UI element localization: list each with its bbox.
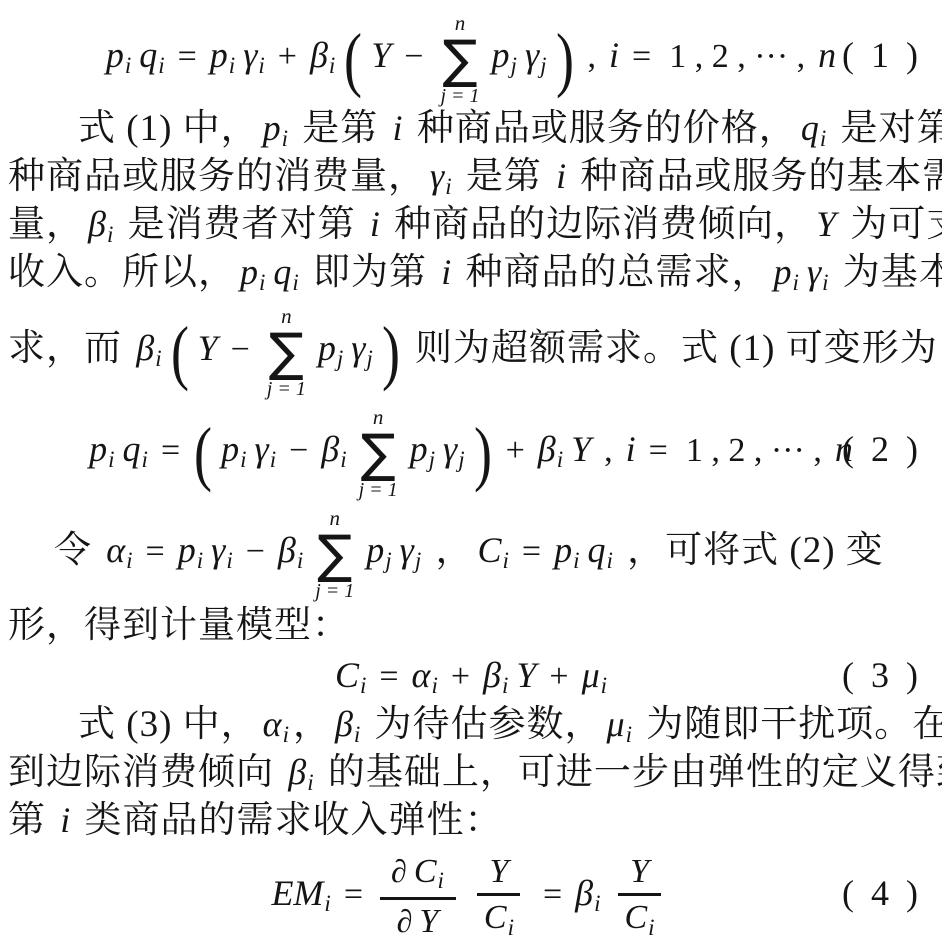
math-variable: Y (516, 655, 536, 695)
text-run: 是第 (292, 108, 389, 149)
math-subscript: i (108, 447, 114, 472)
math-variable-base: γ (255, 429, 269, 469)
math-operator: , (588, 38, 597, 75)
summation-symbol: n∑j = 1 (267, 306, 306, 399)
text-line-6-with-sum: 令 αi=piγi−βin∑j = 1pjγj ，Ci=piqi ，可将式 (2… (8, 498, 934, 602)
math-variable-base: p (492, 35, 510, 75)
math-operator: = (632, 38, 651, 75)
math-variable-base: q (123, 429, 141, 469)
math-variable-base: q (273, 252, 291, 292)
equation-2: piqi=(piγi−βin∑j = 1pjγj)+βiY,i=1 , 2 , … (8, 400, 934, 498)
math-variable-base: α (412, 655, 431, 695)
math-variable-base: γ (430, 156, 444, 196)
math-variable-base: i (556, 156, 566, 196)
math-variable: βi (288, 752, 313, 792)
math-variable-base: μ (582, 655, 600, 695)
text-run: ， (425, 530, 473, 571)
math-operator: , (604, 432, 613, 469)
fraction-denominator: Ci (472, 896, 526, 940)
text-run: 令 (54, 530, 102, 571)
math-variable: i (556, 156, 566, 196)
text-line-3: 量，βi 是消费者对第 i 种商品的边际消费倾向，Y 为可支配 (8, 200, 934, 248)
text-run: 的基础上，可进一步由弹性的定义得到 (318, 752, 942, 793)
math-operator: + (451, 658, 470, 695)
math-variable: γj (351, 328, 373, 368)
math-variable-base: C (414, 853, 437, 890)
fraction: YCi (612, 853, 666, 940)
math-variable: qi (139, 35, 164, 75)
summation-lower-limit: j = 1 (440, 86, 479, 106)
sigma-glyph: ∑ (442, 34, 477, 86)
text-run: 收入。所以， (8, 252, 236, 293)
math-variable-base: β (288, 752, 306, 792)
math-variable: βi (278, 530, 303, 570)
math-variable: βi (321, 429, 346, 469)
math-variable: pi (221, 429, 246, 469)
math-variable-base: β (538, 429, 556, 469)
math-variable: βi (88, 204, 113, 244)
math-variable-base: p (774, 252, 792, 292)
math-operator: = (543, 876, 562, 913)
math-subscript: j (385, 548, 391, 573)
math-subscript: i (282, 126, 288, 151)
math-variable-base: μ (607, 704, 625, 744)
text-line-7: 形，得到计量模型： (8, 602, 934, 650)
text-run: 种商品的总需求， (455, 252, 769, 293)
math-variable-base: i (393, 108, 403, 148)
math-variable: γi (255, 429, 277, 469)
text-line-8: 式 (3) 中，αi，βi 为待估参数，μi 为随即干扰项。在得 (8, 700, 934, 748)
summation-symbol: n∑j = 1 (315, 508, 354, 601)
math-subscript: i (502, 673, 508, 698)
equation-1: piqi=piγi+βi(Y−n∑j = 1pjγj),i=1 , 2 , ··… (8, 6, 934, 104)
math-variable: i (60, 800, 70, 840)
math-variable: μi (582, 655, 607, 695)
math-subscript: i (573, 548, 579, 573)
math-variable-base: Y (198, 328, 218, 368)
math-operator: + (278, 38, 297, 75)
math-subscript: i (226, 548, 232, 573)
math-variable-base: β (483, 655, 501, 695)
math-variable: Y (489, 853, 508, 890)
equation-number: ( 3 ) (842, 657, 922, 693)
math-subscript: i (329, 53, 335, 78)
text-line-5-with-sum: 求，而 βi(Y−n∑j = 1pjγj) 则为超额需求。式 (1) 可变形为： (8, 296, 934, 400)
text-run: 为可支配 (840, 204, 942, 245)
text-run: 为待估参数， (364, 704, 602, 745)
equation-number: ( 2 ) (842, 431, 922, 467)
math-variable-base: Y (571, 429, 591, 469)
big-parenthesis: ( (194, 417, 212, 489)
math-variable: Y (419, 903, 438, 940)
math-variable: qi (801, 108, 826, 148)
equation-number: ( 4 ) (842, 875, 922, 911)
math-operator: = (649, 432, 668, 469)
math-variable-base: α (106, 530, 125, 570)
math-operator: − (231, 331, 250, 368)
summation-lower-limit: j = 1 (315, 581, 354, 601)
math-variable-base: γ (351, 328, 365, 368)
math-variable: n (818, 35, 836, 75)
text-line-10: 第 i 类商品的需求收入弹性： (8, 796, 934, 844)
math-subscript: j (458, 447, 464, 472)
math-subscript: i (793, 270, 799, 295)
math-operator: 1 , 2 , ··· , (669, 38, 805, 75)
math-variable: βi (538, 429, 563, 469)
math-subscript: i (283, 722, 289, 747)
math-operator: = (344, 876, 363, 913)
text-run: 为基本需 (833, 252, 942, 293)
math-variable-base: γ (807, 252, 821, 292)
math-variable-base: p (210, 35, 228, 75)
math-subscript: i (229, 53, 235, 78)
sigma-glyph: ∑ (317, 529, 352, 581)
text-run: 是消费者对第 (117, 204, 366, 245)
equation-number: ( 1 ) (842, 37, 922, 73)
fraction-denominator: Ci (612, 896, 666, 940)
math-subscript: j (366, 346, 372, 371)
math-variable-base: i (60, 800, 70, 840)
math-variable-base: q (139, 35, 157, 75)
math-variable: γi (243, 35, 265, 75)
math-variable-base: γ (243, 35, 257, 75)
math-variable-base: p (221, 429, 239, 469)
fraction-numerator: ∂Ci (380, 853, 456, 900)
text-run: 种商品或服务的价格， (407, 108, 797, 149)
math-variable: Ci (624, 899, 654, 936)
math-variable: αi (263, 704, 289, 744)
math-subscript: j (429, 447, 435, 472)
math-variable-base: γ (400, 530, 414, 570)
math-variable-base: β (88, 204, 106, 244)
math-variable-base: p (178, 530, 196, 570)
math-variable-base: Y (816, 204, 836, 244)
text-run: 形，得到计量模型： (8, 605, 350, 646)
math-subscript: i (438, 868, 444, 893)
summation-lower-limit: j = 1 (359, 480, 398, 500)
math-subscript: i (648, 915, 654, 940)
math-operator: = (146, 533, 165, 570)
math-variable: pj (318, 328, 343, 368)
math-variable: qi (273, 252, 298, 292)
math-variable: Y (571, 429, 591, 469)
math-variable-base: β (310, 35, 328, 75)
math-variable: Ci (484, 899, 514, 936)
math-variable: pi (210, 35, 235, 75)
math-variable: pi (178, 530, 203, 570)
math-variable: pi (106, 35, 131, 75)
text-run: 种商品或服务的消费量， (8, 156, 426, 197)
math-subscript: i (270, 447, 276, 472)
math-subscript: i (626, 722, 632, 747)
math-variable: γi (807, 252, 829, 292)
math-subscript: i (340, 447, 346, 472)
math-variable: i (626, 429, 636, 469)
fraction-denominator: ∂Y (386, 900, 451, 940)
text-run: 第 (8, 800, 56, 841)
math-variable: βi (483, 655, 508, 695)
math-subscript: i (445, 174, 451, 199)
math-subscript: i (431, 673, 437, 698)
summation-symbol: n∑j = 1 (359, 407, 398, 500)
math-subscript: i (324, 891, 330, 916)
math-subscript: i (107, 222, 113, 247)
math-subscript: i (292, 270, 298, 295)
math-subscript: i (354, 722, 360, 747)
math-variable: Y (198, 328, 218, 368)
math-variable-base: β (136, 328, 154, 368)
math-subscript: i (125, 53, 131, 78)
math-subscript: i (259, 270, 265, 295)
math-variable: αi (412, 655, 438, 695)
math-variable-base: β (278, 530, 296, 570)
math-variable-base: Y (630, 853, 649, 890)
math-variable: pj (410, 429, 435, 469)
math-subscript: i (258, 53, 264, 78)
math-subscript: i (297, 548, 303, 573)
math-variable-base: β (575, 873, 593, 913)
text-line-2: 种商品或服务的消费量，γi 是第 i 种商品或服务的基本需求 (8, 152, 934, 200)
math-subscript: i (307, 770, 313, 795)
math-variable: Ci (414, 853, 444, 890)
math-variable-base: i (370, 204, 380, 244)
math-variable-base: n (818, 35, 836, 75)
math-subscript: i (158, 53, 164, 78)
big-parenthesis: ( (171, 316, 189, 388)
math-variable-base: p (410, 429, 428, 469)
math-variable: Ci (335, 655, 366, 695)
big-parenthesis: ( (344, 23, 362, 95)
math-variable-base: i (626, 429, 636, 469)
math-variable: pj (366, 530, 391, 570)
math-variable-base: β (335, 704, 353, 744)
text-run: 是对第二 (830, 108, 942, 149)
math-variable-base: β (321, 429, 339, 469)
math-subscript: i (126, 548, 132, 573)
math-variable-base: C (624, 899, 647, 936)
math-variable-base: i (441, 252, 451, 292)
math-variable: i (393, 108, 403, 148)
math-operator: = (161, 432, 180, 469)
math-variable: γj (525, 35, 547, 75)
math-subscript: i (142, 447, 148, 472)
math-variable: βi (575, 873, 600, 913)
math-variable-base: γ (443, 429, 457, 469)
equation-3: Ci=αi+βiY+μi( 3 ) (8, 650, 934, 700)
math-operator: 1 , 2 , ··· , (686, 432, 822, 469)
math-operator: − (246, 533, 265, 570)
text-run: 到边际消费倾向 (8, 752, 284, 793)
math-variable-base: C (484, 899, 507, 936)
math-subscript: i (822, 270, 828, 295)
math-variable-base: q (587, 530, 605, 570)
math-subscript: i (197, 548, 203, 573)
math-variable-base: α (263, 704, 282, 744)
math-variable-base: γ (211, 530, 225, 570)
text-line-1: 式 (1) 中，pi 是第 i 种商品或服务的价格，qi 是对第二 (8, 104, 934, 152)
math-variable: βi (136, 328, 161, 368)
text-run: 是第 (456, 156, 553, 197)
math-operator: − (289, 432, 308, 469)
math-variable: γi (211, 530, 233, 570)
math-subscript: i (360, 673, 366, 698)
scanned-paper-page: piqi=piγi+βi(Y−n∑j = 1pjγj),i=1 , 2 , ··… (0, 0, 942, 949)
math-variable: i (609, 35, 619, 75)
math-variable: i (441, 252, 451, 292)
math-variable: βi (335, 704, 360, 744)
text-line-4: 收入。所以，piqi 即为第 i 种商品的总需求，piγi 为基本需 (8, 248, 934, 296)
math-variable-base: q (801, 108, 819, 148)
math-operator: = (178, 38, 197, 75)
math-subscript: j (511, 53, 517, 78)
text-run: 为随即干扰项。在得 (636, 704, 942, 745)
big-parenthesis: ) (556, 23, 574, 95)
math-subscript: i (606, 548, 612, 573)
math-subscript: i (503, 548, 509, 573)
math-subscript: i (508, 915, 514, 940)
math-variable: qi (587, 530, 612, 570)
math-subscript: j (540, 53, 546, 78)
math-subscript: j (415, 548, 421, 573)
math-variable-base: γ (525, 35, 539, 75)
math-subscript: i (820, 126, 826, 151)
summation-symbol: n∑j = 1 (440, 13, 479, 106)
sigma-glyph: ∑ (361, 428, 396, 480)
math-variable-base: Y (516, 655, 536, 695)
document-content: piqi=piγi+βi(Y−n∑j = 1pjγj),i=1 , 2 , ··… (8, 6, 934, 942)
math-variable: pi (240, 252, 265, 292)
math-variable-base: EM (271, 873, 323, 913)
fraction: ∂Ci∂Y (380, 853, 456, 940)
math-variable: Y (630, 853, 649, 890)
text-run: 即为第 (303, 252, 438, 293)
math-variable: qi (123, 429, 148, 469)
text-run: 种商品的边际消费倾向， (384, 204, 812, 245)
math-variable-base: p (554, 530, 572, 570)
math-variable: pj (492, 35, 517, 75)
math-subscript: i (557, 447, 563, 472)
math-variable-base: C (478, 530, 502, 570)
text-line-9: 到边际消费倾向 βi 的基础上，可进一步由弹性的定义得到 (8, 748, 934, 796)
math-operator: ∂ (397, 903, 413, 939)
text-run: ， (293, 704, 331, 745)
text-run: ，可将式 (2) 变 (617, 530, 884, 571)
math-variable-base: p (240, 252, 258, 292)
math-variable-base: p (366, 530, 384, 570)
math-variable: γj (443, 429, 465, 469)
text-run: 式 (3) 中， (78, 704, 259, 745)
math-variable: i (370, 204, 380, 244)
text-run: 式 (1) 中， (78, 108, 259, 149)
math-variable: pi (263, 108, 288, 148)
math-variable: Y (816, 204, 836, 244)
math-subscript: i (155, 346, 161, 371)
math-operator: = (522, 533, 541, 570)
text-run: 量， (8, 204, 84, 245)
equation-4: EMi=∂Ci∂YYCi=βiYCi( 4 ) (8, 844, 934, 942)
math-variable: γj (400, 530, 422, 570)
sigma-glyph: ∑ (269, 327, 304, 379)
math-variable-base: Y (489, 853, 508, 890)
math-variable-base: p (89, 429, 107, 469)
fraction: YCi (472, 853, 526, 940)
math-variable-base: i (609, 35, 619, 75)
math-subscript: j (337, 346, 343, 371)
math-variable-base: p (318, 328, 336, 368)
math-variable-base: Y (419, 903, 438, 940)
summation-lower-limit: j = 1 (267, 379, 306, 399)
math-subscript: i (240, 447, 246, 472)
math-operator: − (404, 38, 423, 75)
math-variable: Ci (478, 530, 509, 570)
text-run: 求，而 (8, 328, 132, 369)
math-subscript: i (601, 673, 607, 698)
big-parenthesis: ) (382, 316, 400, 388)
math-variable: αi (106, 530, 132, 570)
math-variable: Y (371, 35, 391, 75)
math-variable: pi (89, 429, 114, 469)
math-variable: βi (310, 35, 335, 75)
text-run: 则为超额需求。式 (1) 可变形为： (405, 328, 942, 369)
fraction-numerator: Y (477, 853, 520, 896)
math-operator: + (549, 658, 568, 695)
math-variable-base: p (106, 35, 124, 75)
text-run: 类商品的需求收入弹性： (74, 800, 502, 841)
math-operator: = (379, 658, 398, 695)
math-operator: + (506, 432, 525, 469)
math-variable: γi (430, 156, 452, 196)
text-run: 种商品或服务的基本需求 (570, 156, 942, 197)
math-variable: EMi (271, 873, 330, 913)
big-parenthesis: ) (474, 417, 492, 489)
math-operator: ∂ (391, 853, 407, 889)
math-variable: pi (774, 252, 799, 292)
math-variable-base: C (335, 655, 359, 695)
math-variable: pi (554, 530, 579, 570)
math-subscript: i (594, 891, 600, 916)
math-variable-base: p (263, 108, 281, 148)
fraction-numerator: Y (618, 853, 661, 896)
math-variable: μi (607, 704, 632, 744)
math-variable-base: Y (371, 35, 391, 75)
